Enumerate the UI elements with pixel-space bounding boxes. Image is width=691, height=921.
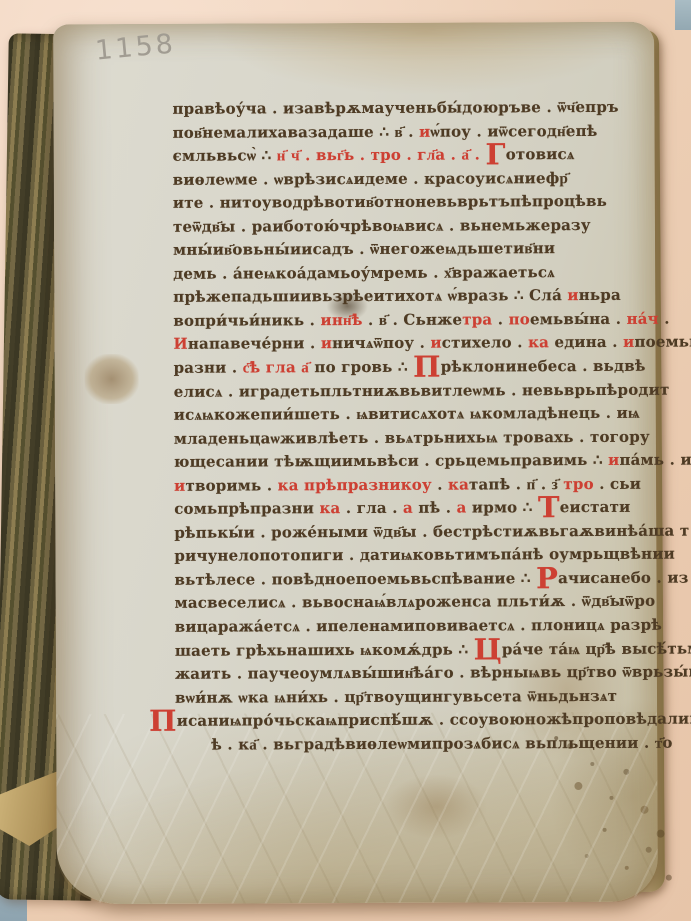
rubric-segment: с҃ѣ гла а҃ — [243, 358, 315, 376]
initial-letter: П — [149, 704, 177, 738]
manuscript-page: 1158 правѣоу́ча . изавѣрѫмаученьбы́доюръ… — [53, 22, 658, 905]
rubric-segment: н҃ ч҃ . вьг҃ь . тро . гл҃а . а҃ . — [277, 146, 486, 165]
manuscript-line: демь . а́неѩкоа́дамьоу́мремь . х҃вражает… — [173, 260, 665, 286]
text-segment: елисѧ . иградетьпльтниѫвьвитлеѡмь . невь… — [174, 380, 670, 400]
text-segment: разни . — [174, 359, 243, 377]
manuscript-line: виѳлеѡме . ѡврѣзисѧидеме . красоуисѧниеф… — [173, 166, 665, 192]
text-segment: отовисѧ — [506, 145, 575, 163]
text-segment: емьвы́на . — [530, 310, 627, 328]
text-segment: напавече́рни . — [188, 335, 321, 354]
table-corner-top-right — [675, 0, 691, 30]
text-segment: . гла . — [340, 499, 403, 517]
pencil-folio-number: 1158 — [94, 28, 177, 66]
text-segment: пѣ . — [413, 499, 457, 517]
rubric-segment: и — [608, 451, 619, 469]
text-segment: сомьпрѣпразни — [174, 499, 319, 518]
manuscript-line: вицаража́етсѧ . ипеленамиповиваетсѧ . пл… — [175, 614, 667, 640]
text-segment: поемьпѣ — [634, 333, 691, 351]
manuscript-line: ѣ . ка҃ . вьградѣвиѳлеѡмипрозѧбисѧ вьпль… — [175, 731, 667, 757]
manuscript-line: пов҃немалихавазадаше ∴ в҃ . иѡ́поу . иѿс… — [173, 119, 665, 145]
text-segment: пов҃немалихавазадаше ∴ в҃ . — [173, 122, 420, 141]
manuscript-line: Писаниѩпро́чьскаѩприспѣ́шѫ . ссоувоюножѣ… — [149, 708, 667, 734]
rubric-segment: и — [174, 476, 185, 494]
rubric-segment: и — [567, 286, 578, 304]
rubric-segment: ка — [278, 476, 299, 494]
manuscript-line: прѣжепадьшиивьзрѣеитихотѧ ѡ́вразь ∴ Сла́… — [173, 284, 665, 310]
manuscript-line: младеньцаѡживлѣеть . вьѧтрьнихьѩ тровахь… — [174, 425, 666, 451]
text-segment: па́мь . и — [619, 451, 691, 469]
text-segment: . — [492, 310, 508, 328]
manuscript-line: мны́ив҃овьны́иисадъ . ѿнегожеѩдьшетив҃ни — [173, 237, 665, 263]
text-segment: . сьи — [594, 475, 641, 493]
rubric-segment: а — [457, 499, 467, 517]
rubric-segment: по — [509, 310, 530, 328]
manuscript-line: вьтѣлесе . повѣдноепоемьвьспѣвание ∴ Рач… — [174, 567, 666, 593]
text-segment: ра́че та́ѩ цр҃ѣ высѣ́тьмь ж — [502, 639, 691, 658]
manuscript-line: разни . с҃ѣ гла а҃ по гровь ∴ Прѣклонине… — [174, 355, 666, 381]
rubric-segment: и — [419, 122, 430, 140]
text-segment: исаниѩпро́чьскаѩприспѣ́шѫ . ссоувоюножѣп… — [177, 710, 691, 730]
text-segment: младеньцаѡживлѣеть . вьѧтрьнихьѩ тровахь… — [174, 427, 650, 447]
manuscript-line: ємльвьсѡ̀ ∴ н҃ ч҃ . вьг҃ь . тро . гл҃а .… — [173, 143, 665, 169]
text-segment: ньра — [579, 286, 621, 304]
rubric-segment: ка — [528, 334, 549, 352]
manuscript-line: ричунелопотопиги . датиѩковьтимъпа́нѣ оу… — [174, 543, 666, 569]
text-segment: вѡи́нѫ ѡка ѩни́хь . цр҃твоущингувьсета ѿ… — [175, 687, 617, 707]
manuscript-line: елисѧ . иградетьпльтниѫвьвитлеѡмь . невь… — [174, 378, 666, 404]
manuscript-line: шаеть грѣхьнашихь ѩкомѫ́дрь ∴ Цра́че та́… — [175, 637, 667, 663]
text-segment: . — [432, 475, 448, 493]
text-segment: рѣпькы́и . роже́ными ѿдв҃ы . бестрѣстиѫв… — [174, 521, 689, 541]
text-segment: масвеселисѧ . вьвоснаѩ́влѧроженса пльти́… — [175, 592, 656, 612]
manuscript-line: вѡи́нѫ ѡка ѩни́хь . цр҃твоущингувьсета ѿ… — [175, 684, 667, 710]
text-segment: ите . нитоуводрѣвотив҃отноневьврьтъпѣпро… — [173, 192, 607, 212]
text-segment: правѣоу́ча . изавѣрѫмаученьбы́доюръве . … — [172, 98, 618, 118]
rubric-segment: и — [321, 335, 332, 353]
manuscript-line: масвеселисѧ . вьвоснаѩ́влѧроженса пльти́… — [175, 590, 667, 616]
text-segment: еистати — [560, 498, 631, 516]
text-segment: творимь . — [185, 476, 277, 494]
manuscript-line: теѿдв҃ы . раиботою́чрѣвоѩвисѧ . вьнемьже… — [173, 213, 665, 239]
text-segment: . — [659, 310, 670, 328]
manuscript-line: жаить . паучеоумлѧвы́шин҃ѣа́го . вѣрныѩв… — [175, 661, 667, 687]
text-segment: ачисанебо . из — [558, 568, 688, 587]
manuscript-line: сомьпрѣпразни ка . гла . а пѣ . а ирмо ∴… — [174, 496, 666, 522]
rubric-segment: тро — [563, 475, 593, 493]
rubric-segment: И — [173, 335, 187, 353]
text-segment: ющесании тѣѭщиимьвѣси . срьцемьправимь ∴ — [174, 451, 608, 471]
manuscript-line: ите . нитоуводрѣвотив҃отноневьврьтъпѣпро… — [173, 190, 665, 216]
text-segment: мны́ив҃овьны́иисадъ . ѿнегожеѩдьшетив҃ни — [173, 239, 555, 259]
rubric-segment: а — [403, 499, 413, 517]
text-segment: рѣклонинебеса . вьдвѣ — [441, 357, 646, 376]
text-segment: жаить . паучеоумлѧвы́шин҃ѣа́го . вѣрныѩв… — [175, 663, 691, 683]
text-segment: шаеть грѣхьнашихь ѩкомѫ́дрь ∴ — [175, 640, 474, 659]
rubric-segment: инн҃ѣ — [320, 311, 362, 329]
parchment-repair-stain — [85, 354, 139, 404]
text-segment: прѣжепадьшиивьзрѣеитихотѧ ѡ́вразь ∴ Сла́ — [173, 286, 567, 306]
rubric-segment: ка — [448, 475, 469, 493]
text-segment: стихело . — [442, 334, 528, 352]
rubric-segment: на́ч — [627, 310, 659, 328]
text-segment: ємльвьсѡ̀ ∴ — [173, 146, 277, 164]
text-segment: демь . а́неѩкоа́дамьоу́мремь . х҃вражает… — [173, 263, 555, 283]
text-segment: вьтѣлесе . повѣдноепоемьвьспѣвание ∴ — [174, 569, 536, 589]
manuscript-line: исѧѩкожепии́шеть . ѩвитисѧхотѧ ѩкомладѣн… — [174, 402, 666, 428]
manuscript-line: правѣоу́ча . изавѣрѫмаученьбы́доюръве . … — [172, 96, 664, 122]
text-segment: ѣ . ка҃ . вьградѣвиѳлеѡмипрозѧбисѧ вьпль… — [211, 733, 672, 753]
manuscript-line: вопри́чьи́никь . инн҃ѣ . в҃ . Сьнжетра .… — [173, 308, 665, 334]
manuscript-line: итворимь . ка прѣпразникоу . катапѣ . п҃… — [174, 472, 666, 498]
text-segment: теѿдв҃ы . раиботою́чрѣвоѩвисѧ . вьнемьже… — [173, 216, 591, 236]
text-segment: виѳлеѡме . ѡврѣзисѧидеме . красоуисѧниеф… — [173, 169, 568, 189]
rubric-segment: прѣпразникоу — [304, 475, 432, 494]
text-segment: вопри́чьи́никь . — [173, 311, 320, 330]
text-segment: ирмо ∴ — [466, 499, 538, 517]
text-segment: ричунелопотопиги . датиѩковьтимъпа́нѣ оу… — [174, 545, 675, 565]
text-segment: вицаража́етсѧ . ипеленамиповиваетсѧ . пл… — [175, 616, 662, 636]
text-segment: ѡ́поу . иѿсегодн҃епѣ — [430, 121, 597, 140]
manuscript-line: ющесании тѣѭщиимьвѣси . срьцемьправимь ∴… — [174, 449, 666, 475]
text-segment: по гровь ∴ — [314, 358, 413, 376]
rubric-segment: ка — [319, 499, 340, 517]
text-segment: едина . — [549, 333, 623, 351]
rubric-segment: и — [623, 333, 634, 351]
text-block: правѣоу́ча . изавѣрѫмаученьбы́доюръве . … — [172, 96, 667, 757]
text-segment: . в҃ . Сьнже — [363, 310, 463, 328]
manuscript-line: рѣпькы́и . роже́ными ѿдв҃ы . бестрѣстиѫв… — [174, 519, 666, 545]
rubric-segment: тра — [462, 310, 492, 328]
text-segment: исѧѩкожепии́шеть . ѩвитисѧхотѧ ѩкомладѣн… — [174, 404, 640, 424]
